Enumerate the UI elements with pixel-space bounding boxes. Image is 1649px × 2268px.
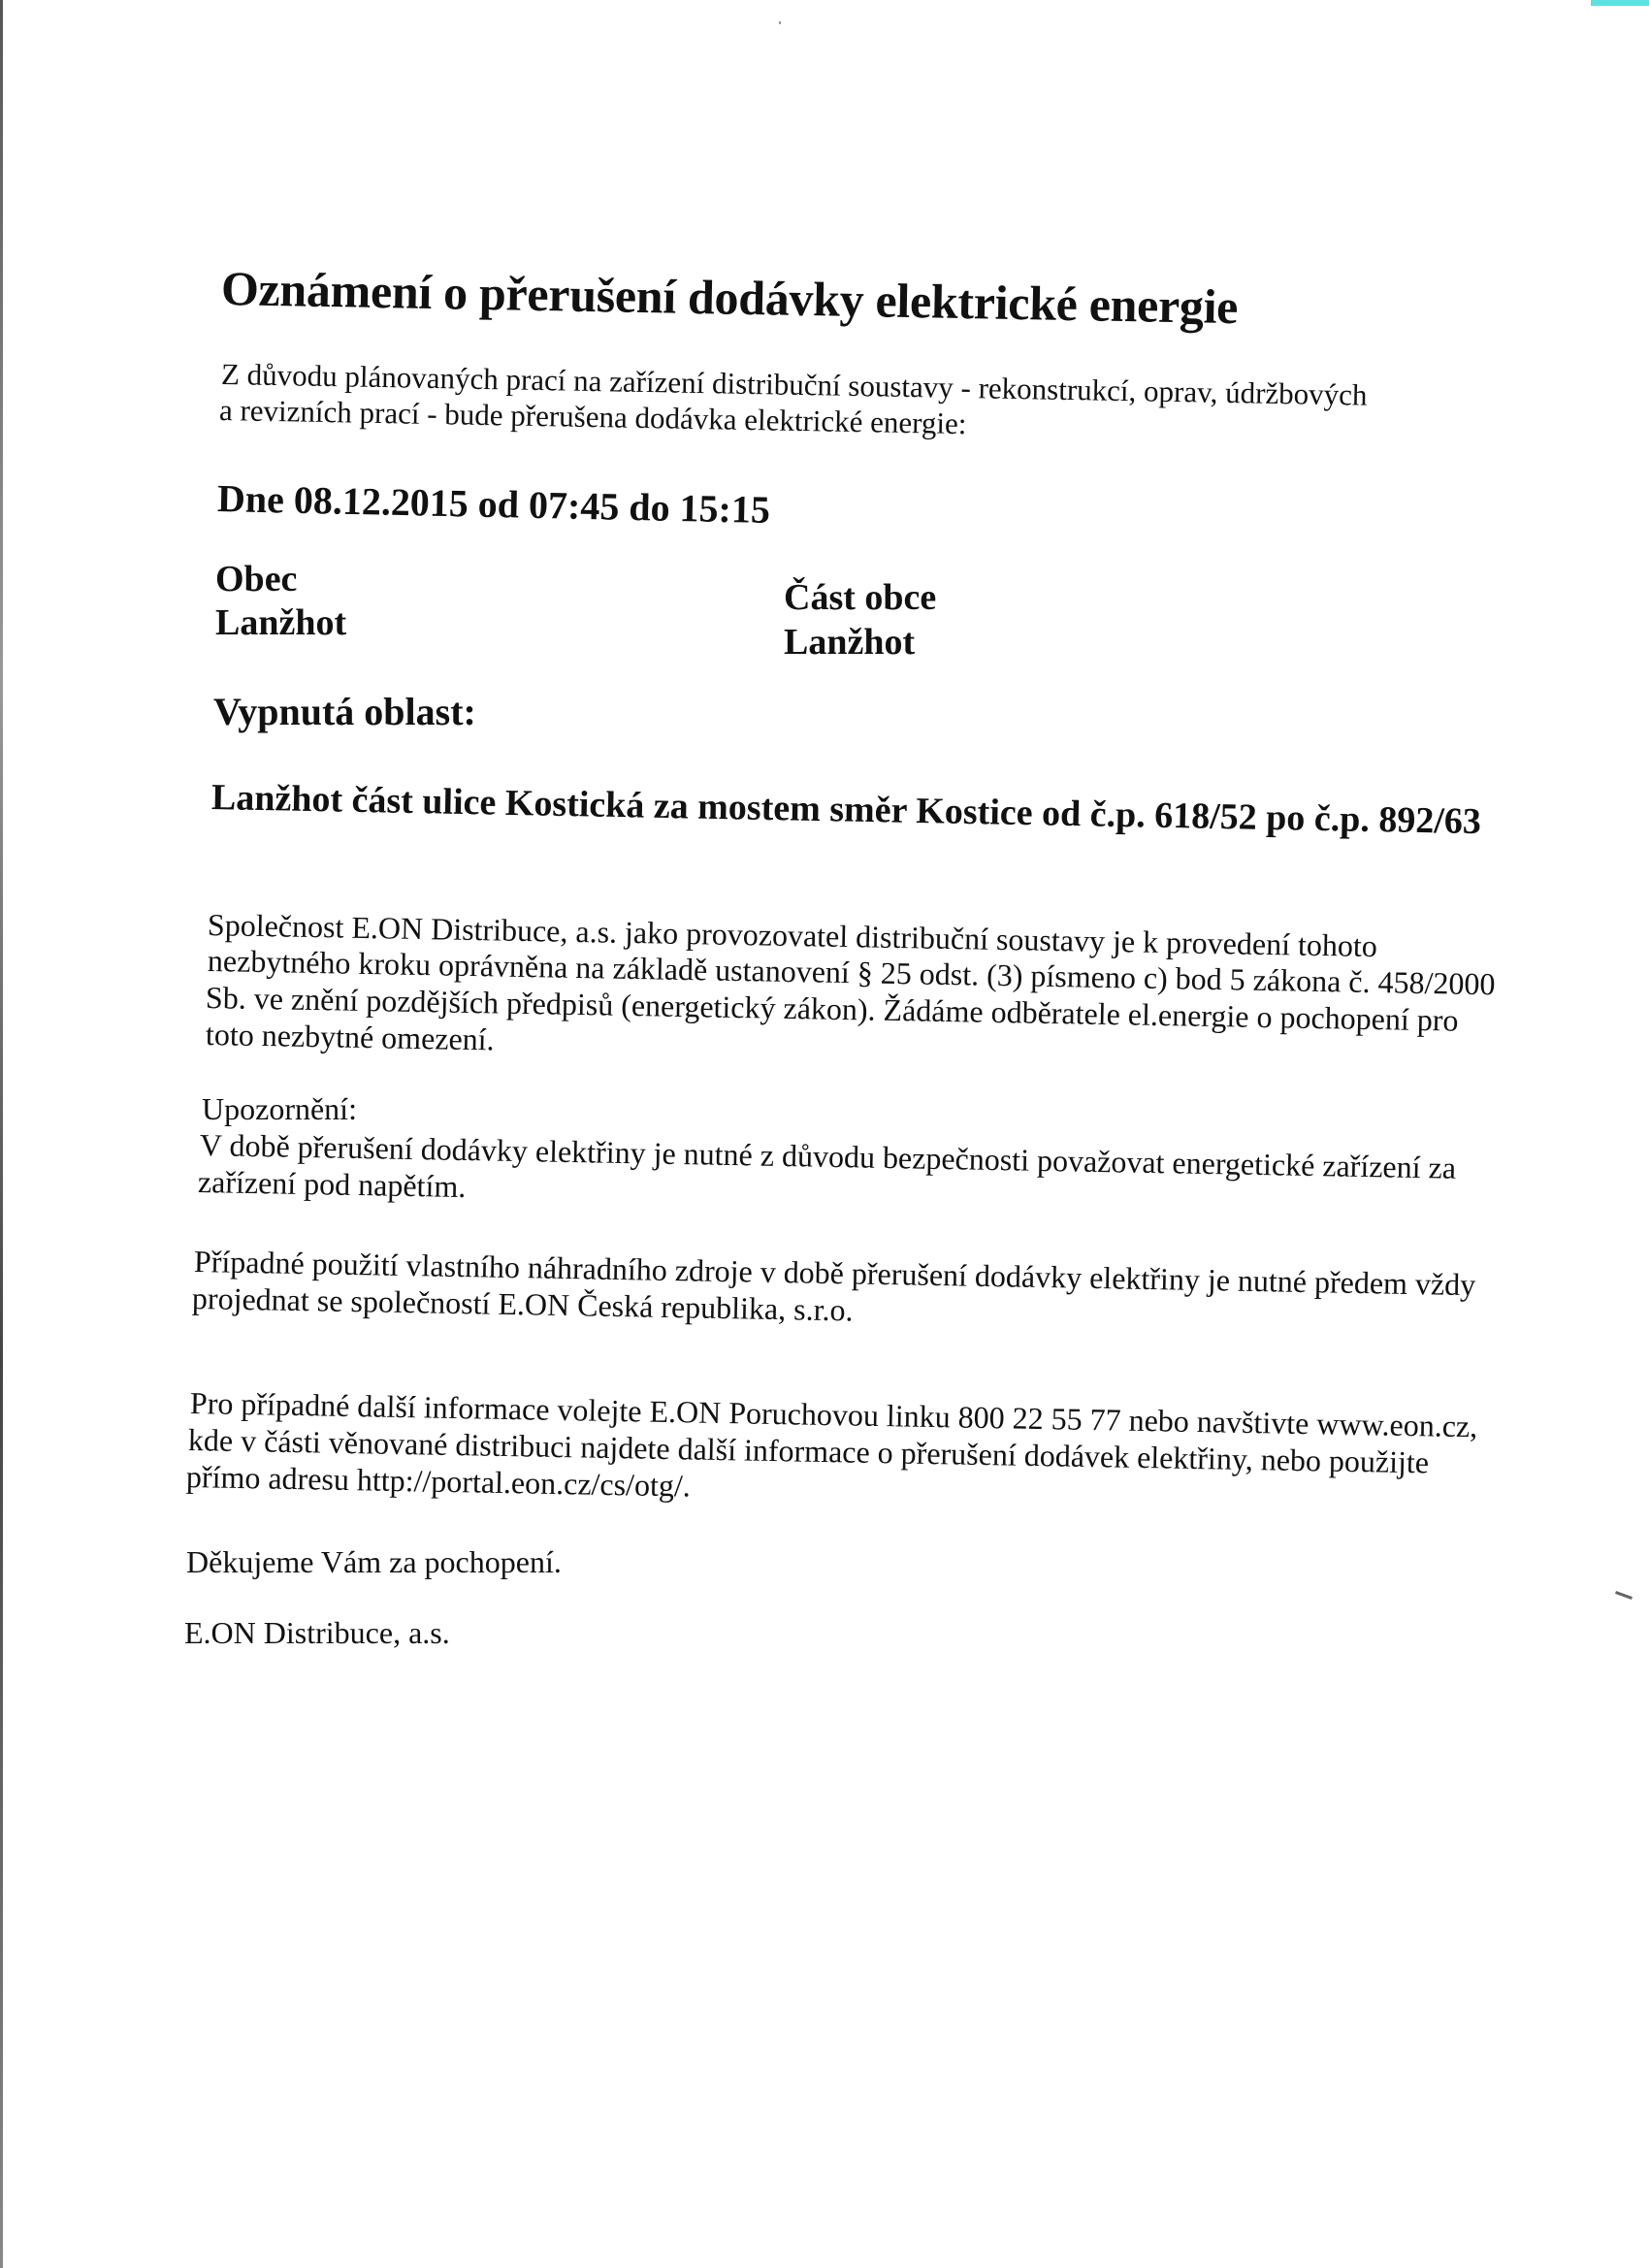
municipality-label: Obec — [215, 558, 297, 600]
scan-speck — [1615, 1591, 1633, 1600]
municipality-part-value: Lanžhot — [784, 621, 915, 664]
legal-line-4: toto nezbytné omezení. — [206, 1017, 495, 1057]
municipality-part-label: Část obce — [784, 576, 936, 619]
area-label: Vypnutá oblast: — [213, 689, 476, 734]
signature: E.ON Distribuce, a.s. — [184, 1615, 450, 1651]
municipality-value: Lanžhot — [215, 601, 346, 644]
outage-date-time: Dne 08.12.2015 od 07:45 do 15:15 — [217, 475, 771, 533]
document-title: Oznámení o přerušení dodávky elektrické … — [220, 260, 1238, 335]
scan-edge-left — [0, 0, 3, 2268]
scan-speck — [779, 21, 781, 24]
area-value: Lanžhot část ulice Kostická za mostem sm… — [211, 776, 1482, 843]
warning-label: Upozornění: — [202, 1091, 357, 1127]
scan-edge-top-right — [1591, 0, 1649, 6]
thanks-text: Děkujeme Vám za pochopení. — [186, 1544, 562, 1580]
warning-line-2: zařízení pod napětím. — [198, 1164, 467, 1205]
